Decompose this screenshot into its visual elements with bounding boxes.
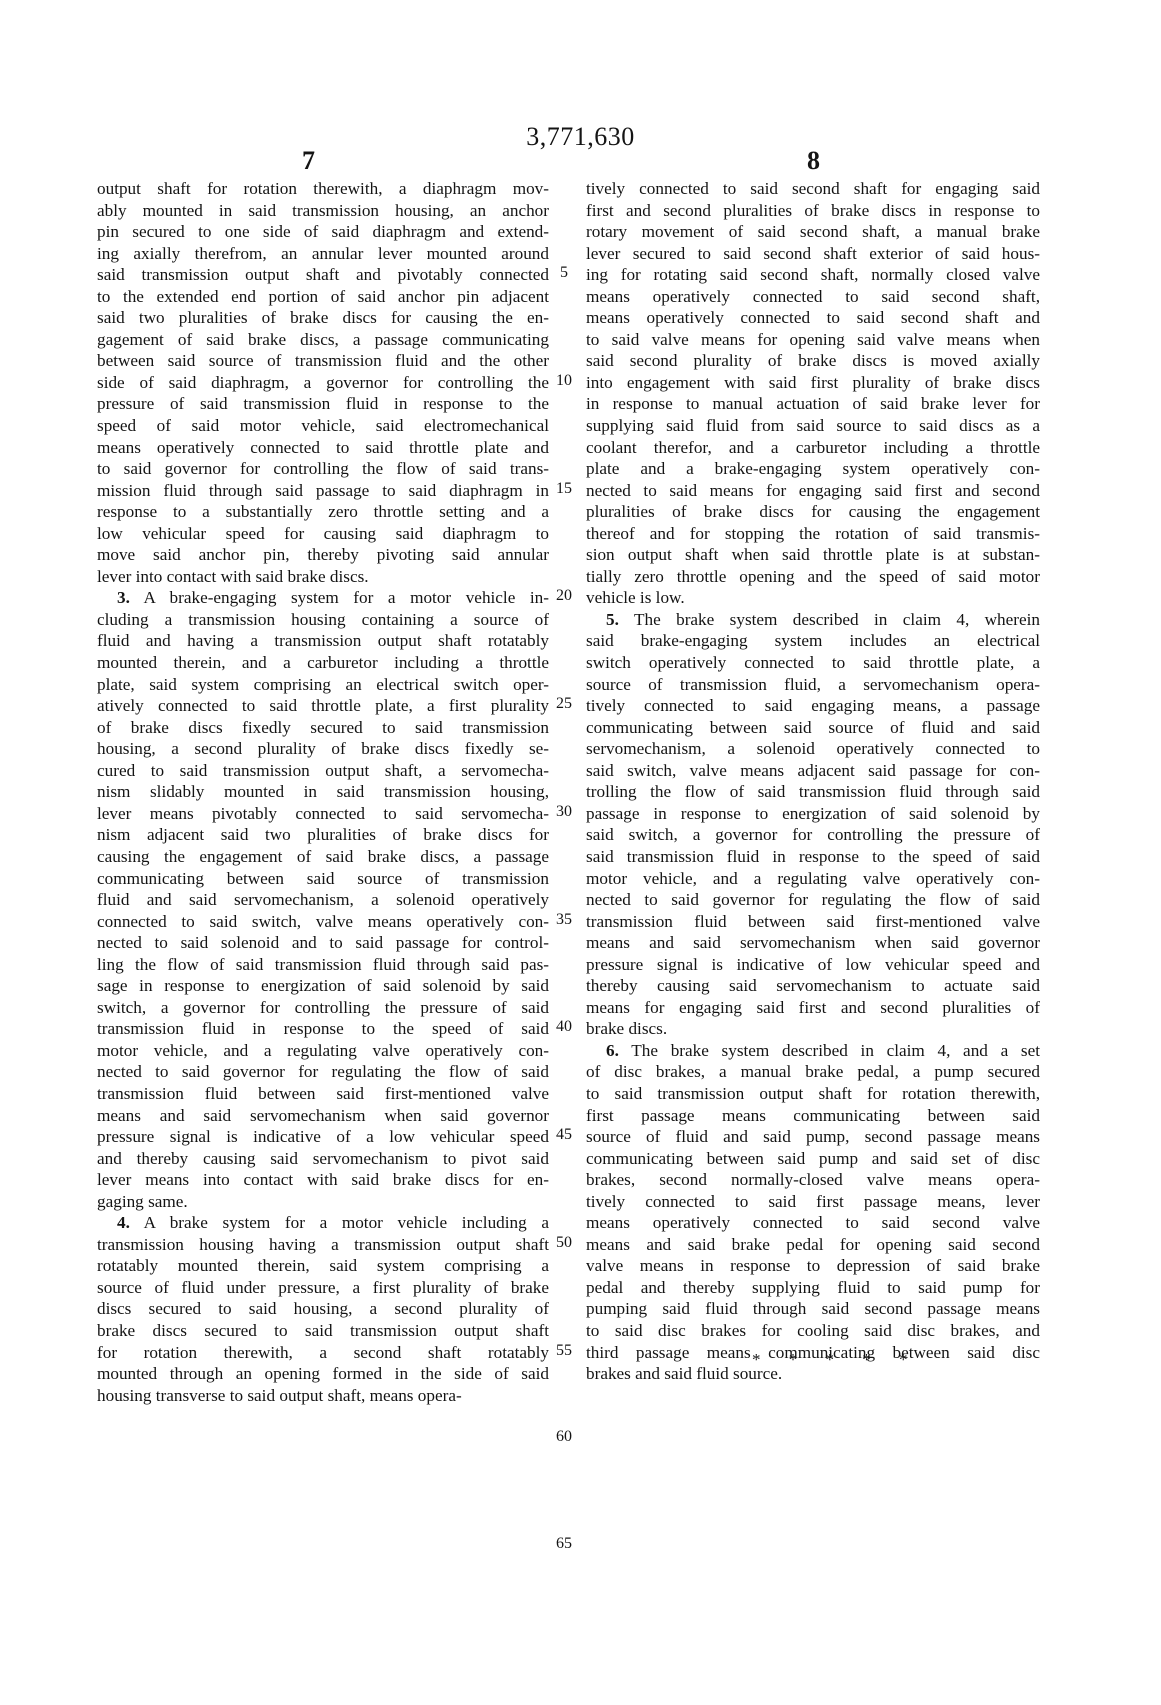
line-text: transmission fluid in response to the sp… [97, 1019, 549, 1038]
text-line: side of said diaphragm, a governor for c… [97, 372, 549, 394]
text-line: 4. A brake system for a motor vehicle in… [97, 1212, 549, 1234]
line-text: side of said diaphragm, a governor for c… [97, 373, 549, 392]
line-text: mounted through an opening formed in the… [97, 1364, 549, 1383]
text-line: means operatively connected to said seco… [586, 307, 1040, 329]
right-column-number: 8 [807, 146, 820, 176]
text-line: supplying said fluid from said source to… [586, 415, 1040, 437]
line-text: causing the engagement of said brake dis… [97, 847, 549, 866]
line-text: to said disc brakes for cooling said dis… [586, 1321, 1040, 1340]
line-text: tively connected to said second shaft fo… [586, 179, 1040, 198]
line-text: mounted therein, and a carburetor includ… [97, 653, 549, 672]
line-text: pressure signal is indicative of a low v… [97, 1127, 549, 1146]
text-line: to the extended end portion of said anch… [97, 286, 549, 308]
text-line: transmission fluid between said first-me… [586, 911, 1040, 933]
text-line: to said governor for controlling the flo… [97, 458, 549, 480]
line-text: said two pluralities of brake discs for … [97, 308, 549, 327]
text-line: sage in response to energization of said… [97, 975, 549, 997]
line-text: pin secured to one side of said diaphrag… [97, 222, 549, 241]
text-line: nected to said governor for regulating t… [586, 889, 1040, 911]
text-line: mounted through an opening formed in the… [97, 1363, 549, 1385]
text-line: rotatably mounted therein, said system c… [97, 1255, 549, 1277]
line-text: transmission fluid between said first-me… [586, 912, 1040, 931]
line-text: of disc brakes, a manual brake pedal, a … [586, 1062, 1040, 1081]
line-text: means operatively connected to said thro… [97, 438, 549, 457]
line-text: coolant therefor, and a carburetor inclu… [586, 438, 1040, 457]
line-text: passage in response to energization of s… [586, 804, 1040, 823]
text-line: pressure of said transmission fluid in r… [97, 393, 549, 415]
line-text: plate and a brake-engaging system operat… [586, 459, 1040, 478]
text-line: switch operatively connected to said thr… [586, 652, 1040, 674]
text-line: coolant therefor, and a carburetor inclu… [586, 437, 1040, 459]
text-line: to said disc brakes for cooling said dis… [586, 1320, 1040, 1342]
text-line: pumping said fluid through said second p… [586, 1298, 1040, 1320]
line-text: response to a substantially zero throttl… [97, 502, 549, 521]
line-text: lever into contact with said brake discs… [97, 567, 369, 586]
text-line: into engagement with said first pluralit… [586, 372, 1040, 394]
line-text: thereby causing said servomechanism to a… [586, 976, 1040, 995]
line-text: communicating between said source of flu… [586, 718, 1040, 737]
text-line: sion output shaft when said throttle pla… [586, 544, 1040, 566]
text-line: transmission fluid in response to the sp… [97, 1018, 549, 1040]
line-text: source of fluid and said pump, second pa… [586, 1127, 1040, 1146]
text-line: said switch, valve means adjacent said p… [586, 760, 1040, 782]
text-line: in response to manual actuation of said … [586, 393, 1040, 415]
text-line: for rotation therewith, a second shaft r… [97, 1342, 549, 1364]
line-text: in response to manual actuation of said … [586, 394, 1040, 413]
text-line: atively connected to said throttle plate… [97, 695, 549, 717]
text-line: pin secured to one side of said diaphrag… [97, 221, 549, 243]
line-text: sion output shaft when said throttle pla… [586, 545, 1040, 564]
line-text: switch operatively connected to said thr… [586, 653, 1040, 672]
line-text: servomechanism, a solenoid operatively c… [586, 739, 1040, 758]
line-text: to said valve means for opening said val… [586, 330, 1040, 349]
text-line: connected to said switch, valve means op… [97, 911, 549, 933]
line-text: speed of said motor vehicle, said electr… [97, 416, 549, 435]
text-line: tially zero throttle opening and the spe… [586, 566, 1040, 588]
text-line: first passage means communicating betwee… [586, 1105, 1040, 1127]
claim-number: 4. [117, 1213, 130, 1232]
text-line: said switch, a governor for controlling … [586, 824, 1040, 846]
line-text: switch, a governor for controlling the p… [97, 998, 549, 1017]
text-line: nected to said governor for regulating t… [97, 1061, 549, 1083]
end-of-document-mark: * * * * * [752, 1350, 920, 1370]
text-line: communicating between said source of flu… [586, 717, 1040, 739]
text-line: source of fluid under pressure, a first … [97, 1277, 549, 1299]
line-text: for rotation therewith, a second shaft r… [97, 1343, 549, 1362]
text-line: means and said brake pedal for opening s… [586, 1234, 1040, 1256]
line-text: transmission fluid between said first-me… [97, 1084, 549, 1103]
text-line: means and said servomechanism when said … [97, 1105, 549, 1127]
text-line: said transmission fluid in response to t… [586, 846, 1040, 868]
line-text: thereof and for stopping the rotation of… [586, 524, 1040, 543]
text-line: cluding a transmission housing containin… [97, 609, 549, 631]
text-line: first and second pluralities of brake di… [586, 200, 1040, 222]
text-line: tively connected to said engaging means,… [586, 695, 1040, 717]
line-text: lever means pivotably connected to said … [97, 804, 549, 823]
text-line: communicating between said source of tra… [97, 868, 549, 890]
left-column-number: 7 [302, 146, 315, 176]
text-line: means and said servomechanism when said … [586, 932, 1040, 954]
margin-line-number: 35 [553, 911, 575, 929]
line-text: gaging same. [97, 1192, 188, 1211]
line-text: tially zero throttle opening and the spe… [586, 567, 1040, 586]
line-text: said transmission fluid in response to t… [586, 847, 1040, 866]
margin-line-number: 55 [553, 1342, 575, 1360]
claim-number: 5. [606, 610, 619, 629]
text-line: ing for rotating said second shaft, norm… [586, 264, 1040, 286]
text-line: 6. The brake system described in claim 4… [586, 1040, 1040, 1062]
text-line: between said source of transmission flui… [97, 350, 549, 372]
line-text: ling the flow of said transmission fluid… [97, 955, 549, 974]
text-line: means for engaging said first and second… [586, 997, 1040, 1019]
margin-line-number: 50 [553, 1234, 575, 1252]
line-text: tively connected to said first passage m… [586, 1192, 1040, 1211]
line-text: discs secured to said housing, a second … [97, 1299, 549, 1318]
text-line: housing transverse to said output shaft,… [97, 1385, 549, 1407]
text-line: switch, a governor for controlling the p… [97, 997, 549, 1019]
line-text: first and second pluralities of brake di… [586, 201, 1040, 220]
line-text: motor vehicle, and a regulating valve op… [97, 1041, 549, 1060]
text-line: thereby causing said servomechanism to a… [586, 975, 1040, 997]
line-text: supplying said fluid from said source to… [586, 416, 1040, 435]
line-text: The brake system described in claim 4, a… [631, 1041, 1040, 1060]
text-line: brake discs. [586, 1018, 1040, 1040]
text-line: means operatively connected to said seco… [586, 1212, 1040, 1234]
text-line: causing the engagement of said brake dis… [97, 846, 549, 868]
line-text: housing transverse to said output shaft,… [97, 1386, 462, 1405]
margin-line-number: 25 [553, 695, 575, 713]
text-line: transmission housing having a transmissi… [97, 1234, 549, 1256]
line-text: vehicle is low. [586, 588, 685, 607]
line-text: means for engaging said first and second… [586, 998, 1040, 1017]
text-line: valve means in response to depression of… [586, 1255, 1040, 1277]
text-line: ably mounted in said transmission housin… [97, 200, 549, 222]
line-text: pumping said fluid through said second p… [586, 1299, 1040, 1318]
line-text: gagement of said brake discs, a passage … [97, 330, 549, 349]
line-text: motor vehicle, and a regulating valve op… [586, 869, 1040, 888]
text-line: speed of said motor vehicle, said electr… [97, 415, 549, 437]
line-text: nism slidably mounted in said transmissi… [97, 782, 549, 801]
line-text: and thereby causing said servomechanism … [97, 1149, 549, 1168]
line-text: brakes, second normally-closed valve mea… [586, 1170, 1040, 1189]
text-line: plate, said system comprising an electri… [97, 674, 549, 696]
line-text: communicating between said source of tra… [97, 869, 549, 888]
text-line: brakes, second normally-closed valve mea… [586, 1169, 1040, 1191]
text-line: gagement of said brake discs, a passage … [97, 329, 549, 351]
text-line: fluid and said servomechanism, a solenoi… [97, 889, 549, 911]
line-text: said brake-engaging system includes an e… [586, 631, 1040, 650]
text-line: nected to said means for engaging said f… [586, 480, 1040, 502]
text-line: 5. The brake system described in claim 4… [586, 609, 1040, 631]
text-line: communicating between said pump and said… [586, 1148, 1040, 1170]
line-text: low vehicular speed for causing said dia… [97, 524, 549, 543]
line-text: means and said servomechanism when said … [97, 1106, 549, 1125]
line-text: move said anchor pin, thereby pivoting s… [97, 545, 549, 564]
text-line: said brake-engaging system includes an e… [586, 630, 1040, 652]
left-column-text: output shaft for rotation therewith, a d… [97, 178, 549, 1406]
text-line: lever means pivotably connected to said … [97, 803, 549, 825]
line-text: rotary movement of said second shaft, a … [586, 222, 1040, 241]
line-text: nism adjacent said two pluralities of br… [97, 825, 549, 844]
line-text: ing for rotating said second shaft, norm… [586, 265, 1040, 284]
line-text: ing axially therefrom, an annular lever … [97, 244, 549, 263]
text-line: of disc brakes, a manual brake pedal, a … [586, 1061, 1040, 1083]
line-text: brake discs. [586, 1019, 667, 1038]
line-text: tively connected to said engaging means,… [586, 696, 1040, 715]
text-line: tively connected to said second shaft fo… [586, 178, 1040, 200]
text-line: lever secured to said second shaft exter… [586, 243, 1040, 265]
line-text: lever secured to said second shaft exter… [586, 244, 1040, 263]
text-line: to said transmission output shaft for ro… [586, 1083, 1040, 1105]
line-text: A brake system for a motor vehicle inclu… [144, 1213, 549, 1232]
line-text: said second plurality of brake discs is … [586, 351, 1040, 370]
line-text: connected to said switch, valve means op… [97, 912, 549, 931]
line-text: atively connected to said throttle plate… [97, 696, 549, 715]
text-line: to said valve means for opening said val… [586, 329, 1040, 351]
right-column-text: tively connected to said second shaft fo… [586, 178, 1040, 1385]
line-text: brake discs secured to said transmission… [97, 1321, 549, 1340]
line-text: fluid and having a transmission output s… [97, 631, 549, 650]
margin-line-number: 5 [553, 264, 575, 282]
text-line: motor vehicle, and a regulating valve op… [97, 1040, 549, 1062]
line-text: nected to said governor for regulating t… [97, 1062, 549, 1081]
text-line: source of transmission fluid, a servomec… [586, 674, 1040, 696]
line-text: means operatively connected to said seco… [586, 1213, 1040, 1232]
text-line: pedal and thereby supplying fluid to sai… [586, 1277, 1040, 1299]
text-line: move said anchor pin, thereby pivoting s… [97, 544, 549, 566]
text-line: pluralities of brake discs for causing t… [586, 501, 1040, 523]
line-text: nected to said means for engaging said f… [586, 481, 1040, 500]
line-text: said transmission output shaft and pivot… [97, 265, 549, 284]
line-text: means operatively connected to said seco… [586, 308, 1040, 327]
text-line: mounted therein, and a carburetor includ… [97, 652, 549, 674]
text-line: low vehicular speed for causing said dia… [97, 523, 549, 545]
line-text: plate, said system comprising an electri… [97, 675, 549, 694]
margin-line-number: 10 [553, 372, 575, 390]
line-text: transmission housing having a transmissi… [97, 1235, 549, 1254]
text-line: tively connected to said first passage m… [586, 1191, 1040, 1213]
text-line: ing axially therefrom, an annular lever … [97, 243, 549, 265]
line-text: mission fluid through said passage to sa… [97, 481, 549, 500]
text-line: lever means into contact with said brake… [97, 1169, 549, 1191]
line-text: into engagement with said first pluralit… [586, 373, 1040, 392]
line-text: nected to said governor for regulating t… [586, 890, 1040, 909]
line-text: to the extended end portion of said anch… [97, 287, 549, 306]
text-line: pressure signal is indicative of a low v… [97, 1126, 549, 1148]
text-line: pressure signal is indicative of low veh… [586, 954, 1040, 976]
margin-line-number: 30 [553, 803, 575, 821]
line-text: means operatively connected to said seco… [586, 287, 1040, 306]
line-text: pedal and thereby supplying fluid to sai… [586, 1278, 1040, 1297]
line-text: lever means into contact with said brake… [97, 1170, 549, 1189]
line-text: nected to said solenoid and to said pass… [97, 933, 549, 952]
text-line: said second plurality of brake discs is … [586, 350, 1040, 372]
text-line: mission fluid through said passage to sa… [97, 480, 549, 502]
line-text: cluding a transmission housing containin… [97, 610, 549, 629]
line-text: communicating between said pump and said… [586, 1149, 1040, 1168]
line-text: pressure of said transmission fluid in r… [97, 394, 549, 413]
line-text: said switch, valve means adjacent said p… [586, 761, 1040, 780]
text-line: nism slidably mounted in said transmissi… [97, 781, 549, 803]
margin-line-number: 45 [553, 1126, 575, 1144]
text-line: of brake discs fixedly secured to said t… [97, 717, 549, 739]
line-text: output shaft for rotation therewith, a d… [97, 179, 549, 198]
line-text: means and said servomechanism when said … [586, 933, 1040, 952]
line-text: to said transmission output shaft for ro… [586, 1084, 1040, 1103]
text-line: servomechanism, a solenoid operatively c… [586, 738, 1040, 760]
line-text: valve means in response to depression of… [586, 1256, 1040, 1275]
line-text: trolling the flow of said transmission f… [586, 782, 1040, 801]
text-line: motor vehicle, and a regulating valve op… [586, 868, 1040, 890]
line-text: source of fluid under pressure, a first … [97, 1278, 549, 1297]
text-line: and thereby causing said servomechanism … [97, 1148, 549, 1170]
line-text: pressure signal is indicative of low veh… [586, 955, 1040, 974]
text-line: output shaft for rotation therewith, a d… [97, 178, 549, 200]
text-line: trolling the flow of said transmission f… [586, 781, 1040, 803]
text-line: said two pluralities of brake discs for … [97, 307, 549, 329]
text-line: response to a substantially zero throttl… [97, 501, 549, 523]
claim-number: 6. [606, 1041, 619, 1060]
text-line: thereof and for stopping the rotation of… [586, 523, 1040, 545]
patent-number: 3,771,630 [0, 122, 1161, 152]
text-line: ling the flow of said transmission fluid… [97, 954, 549, 976]
text-line: vehicle is low. [586, 587, 1040, 609]
text-line: fluid and having a transmission output s… [97, 630, 549, 652]
margin-line-number: 65 [553, 1535, 575, 1553]
text-line: means operatively connected to said seco… [586, 286, 1040, 308]
margin-line-number: 15 [553, 480, 575, 498]
line-text: said switch, a governor for controlling … [586, 825, 1040, 844]
text-line: plate and a brake-engaging system operat… [586, 458, 1040, 480]
margin-line-number: 40 [553, 1018, 575, 1036]
text-line: means operatively connected to said thro… [97, 437, 549, 459]
line-text: housing, a second plurality of brake dis… [97, 739, 549, 758]
margin-line-number: 60 [553, 1428, 575, 1446]
text-line: cured to said transmission output shaft,… [97, 760, 549, 782]
line-text: between said source of transmission flui… [97, 351, 549, 370]
claim-number: 3. [117, 588, 130, 607]
line-text: pluralities of brake discs for causing t… [586, 502, 1040, 521]
text-line: lever into contact with said brake discs… [97, 566, 549, 588]
line-text: sage in response to energization of said… [97, 976, 549, 995]
text-line: passage in response to energization of s… [586, 803, 1040, 825]
line-text: rotatably mounted therein, said system c… [97, 1256, 549, 1275]
text-line: rotary movement of said second shaft, a … [586, 221, 1040, 243]
text-line: housing, a second plurality of brake dis… [97, 738, 549, 760]
text-line: gaging same. [97, 1191, 549, 1213]
line-text: cured to said transmission output shaft,… [97, 761, 549, 780]
margin-line-number: 20 [553, 587, 575, 605]
line-text: source of transmission fluid, a servomec… [586, 675, 1040, 694]
text-line: transmission fluid between said first-me… [97, 1083, 549, 1105]
line-text: fluid and said servomechanism, a solenoi… [97, 890, 549, 909]
text-line: nected to said solenoid and to said pass… [97, 932, 549, 954]
line-text: A brake-engaging system for a motor vehi… [144, 588, 549, 607]
text-line: brake discs secured to said transmission… [97, 1320, 549, 1342]
line-text: to said governor for controlling the flo… [97, 459, 549, 478]
text-line: nism adjacent said two pluralities of br… [97, 824, 549, 846]
line-text: The brake system described in claim 4, w… [634, 610, 1040, 629]
text-line: 3. A brake-engaging system for a motor v… [97, 587, 549, 609]
text-line: said transmission output shaft and pivot… [97, 264, 549, 286]
line-text: means and said brake pedal for opening s… [586, 1235, 1040, 1254]
line-text: first passage means communicating betwee… [586, 1106, 1040, 1125]
text-line: discs secured to said housing, a second … [97, 1298, 549, 1320]
line-text: ably mounted in said transmission housin… [97, 201, 549, 220]
text-line: source of fluid and said pump, second pa… [586, 1126, 1040, 1148]
line-text: of brake discs fixedly secured to said t… [97, 718, 549, 737]
